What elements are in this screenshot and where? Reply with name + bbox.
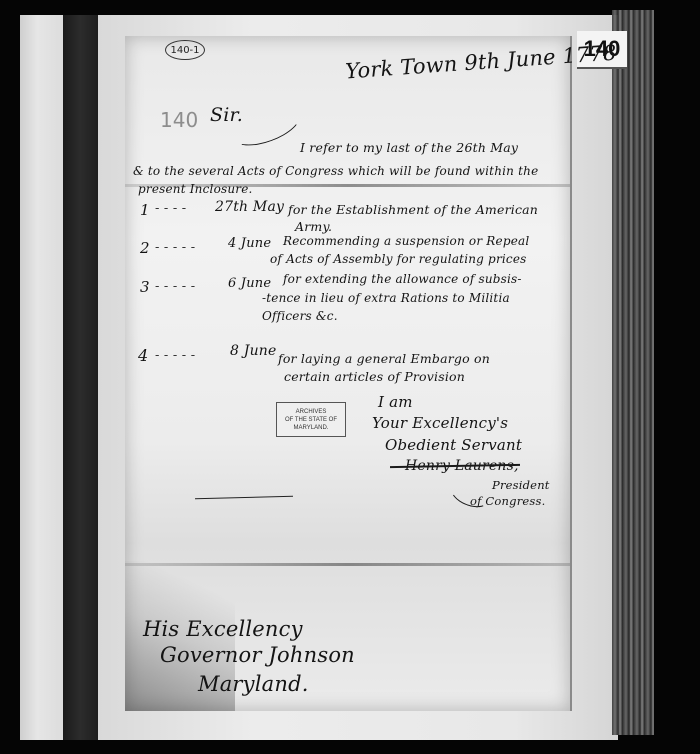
enclosure-number: 3 <box>140 278 150 296</box>
signer-title: President <box>492 478 550 492</box>
enclosure-date: 27th May <box>215 199 284 215</box>
enclosure-date: 6 June <box>228 276 271 291</box>
archive-stamp: ARCHIVES OF THE STATE OF MARYLAND. <box>276 402 346 437</box>
archive-stamp-line: MARYLAND. <box>294 424 329 432</box>
folio-mark: 140-1 <box>165 40 205 60</box>
enclosure-text: of Acts of Assembly for regulating price… <box>270 252 527 266</box>
closing-line: Your Excellency's <box>372 414 508 432</box>
binding-edge <box>612 10 654 735</box>
closing-line: I am <box>378 393 413 411</box>
enclosure-text: for laying a general Embargo on <box>278 351 490 366</box>
enclosure-date: 4 June <box>228 236 271 251</box>
enclosure-number: 1 <box>140 201 150 219</box>
pencil-page-number: 140 <box>160 108 198 132</box>
enclosure-number: 2 <box>140 239 150 257</box>
closing-line: Obedient Servant <box>385 436 522 454</box>
film-strip-left <box>20 15 63 740</box>
address-line: Governor Johnson <box>160 643 355 667</box>
enclosure-text: Recommending a suspension or Repeal <box>283 234 529 248</box>
enclosure-text: Officers &c. <box>262 309 338 323</box>
enclosure-number: 4 <box>138 346 148 365</box>
enclosure-text: for the Establishment of the American <box>288 202 538 217</box>
archive-stamp-line: OF THE STATE OF <box>285 416 337 424</box>
body-line: I refer to my last of the 26th May <box>300 140 518 155</box>
enclosure-text: certain articles of Provision <box>284 369 465 384</box>
enclosure-text: for extending the allowance of subsis- <box>283 272 522 286</box>
body-line: & to the several Acts of Congress which … <box>133 164 538 178</box>
enclosure-text: -tence in lieu of extra Rations to Milit… <box>262 291 510 305</box>
enclosure-text: Army. <box>295 219 332 234</box>
address-line: Maryland. <box>198 672 309 696</box>
enclosure-date: 8 June <box>230 343 277 359</box>
film-dark-band <box>63 15 98 740</box>
body-line: present Inclosure. <box>138 182 253 196</box>
address-line: His Excellency <box>143 617 303 641</box>
archive-stamp-line: ARCHIVES <box>296 408 327 416</box>
